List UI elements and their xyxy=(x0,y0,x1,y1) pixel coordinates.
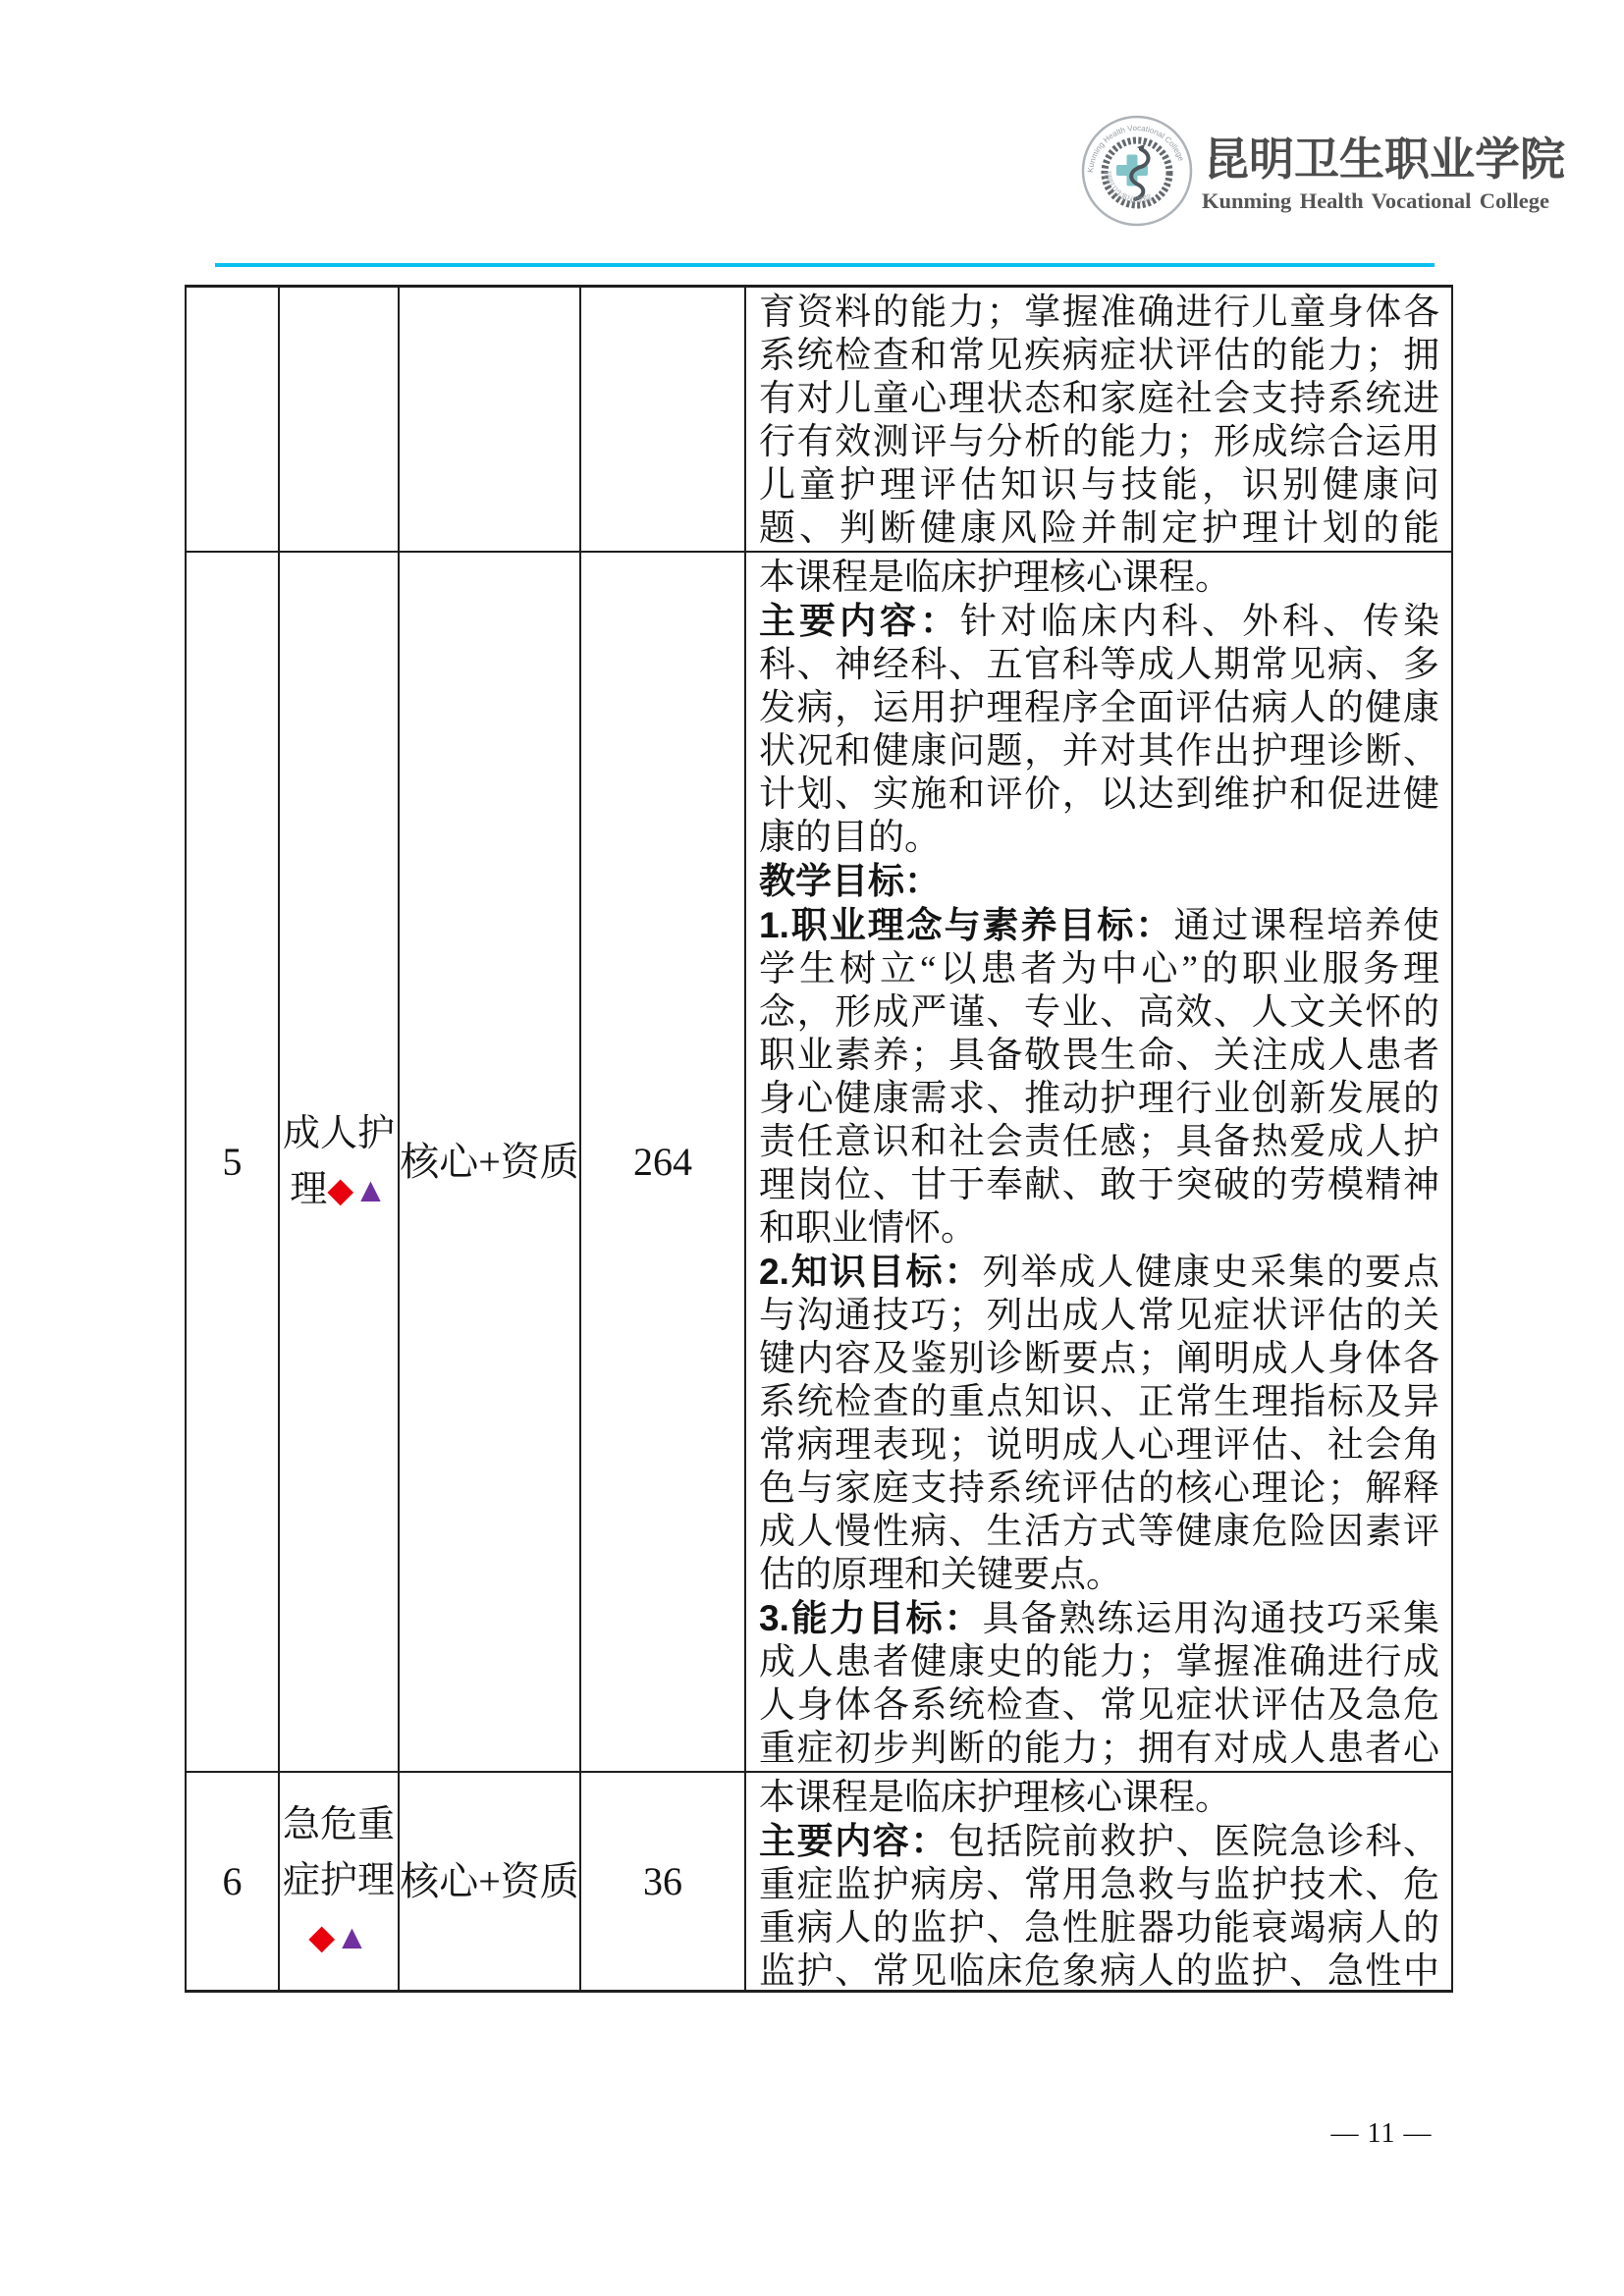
cell-num-row2: 6 xyxy=(187,1773,280,1990)
paragraph: 3.能力目标：具备熟练运用沟通技巧采集成人患者健康史的能力；掌握准确进行成人身体… xyxy=(759,1597,1439,1773)
cell-num-row0 xyxy=(187,288,280,553)
red-diamond-marker: ◆ xyxy=(308,1918,335,1956)
paragraph-text: 本课程是临床护理核心课程。 xyxy=(759,1778,1231,1818)
section-label: 1.职业理念与素养目标： xyxy=(759,905,1173,945)
cell-hours-row0 xyxy=(581,288,746,553)
paragraph-text: 本课程是临床护理核心课程。 xyxy=(759,558,1231,598)
cell-type-row1: 核心+资质 xyxy=(400,553,581,1773)
paragraph: 育资料的能力；掌握准确进行儿童身体各系统检查和常见疾病症状评估的能力；拥有对儿童… xyxy=(759,292,1439,553)
course-description-table: 育资料的能力；掌握准确进行儿童身体各系统检查和常见疾病症状评估的能力；拥有对儿童… xyxy=(185,285,1453,1993)
section-label: 3.能力目标： xyxy=(759,1598,983,1638)
section-label: 2.知识目标： xyxy=(759,1252,983,1292)
college-name-zh: 昆明卫生职业学院 xyxy=(1204,124,1549,185)
course-name-text: 急危重症护理 xyxy=(283,1804,395,1901)
paragraph: 1.职业理念与素养目标：通过课程培养使学生树立“以患者为中心”的职业服务理念，形… xyxy=(759,904,1439,1251)
cell-course-row0 xyxy=(280,288,400,553)
purple-triangle-marker: ▲ xyxy=(335,1918,369,1956)
paragraph: 教学目标： xyxy=(759,860,1439,904)
purple-triangle-marker: ▲ xyxy=(353,1171,388,1209)
cell-desc-row1: 本课程是临床护理核心课程。 主要内容：针对临床内科、外科、传染科、神经科、五官科… xyxy=(746,553,1451,1773)
paragraph: 2.知识目标：列举成人健康史采集的要点与沟通技巧；列出成人常见症状评估的关键内容… xyxy=(759,1251,1439,1597)
paragraph: 本课程是临床护理核心课程。 xyxy=(759,557,1439,600)
cell-desc-row2: 本课程是临床护理核心课程。 主要内容：包括院前救护、医院急诊科、重症监护病房、常… xyxy=(746,1773,1451,1990)
cell-hours-row1: 264 xyxy=(581,553,746,1773)
paragraph: 本课程是临床护理核心课程。 xyxy=(759,1777,1439,1820)
section-label: 教学目标： xyxy=(759,861,941,901)
section-label: 主要内容： xyxy=(759,1821,948,1861)
cell-hours-row2: 36 xyxy=(581,1773,746,1990)
cell-course-row1: 成人护理◆▲ xyxy=(280,553,400,1773)
cell-desc-row0: 育资料的能力；掌握准确进行儿童身体各系统检查和常见疾病症状评估的能力；拥有对儿童… xyxy=(746,288,1451,553)
paragraph: 主要内容：针对临床内科、外科、传染科、神经科、五官科等成人期常见病、多发病，运用… xyxy=(759,600,1439,860)
paragraph-text: 育资料的能力；掌握准确进行儿童身体各系统检查和常见疾病症状评估的能力；拥有对儿童… xyxy=(759,293,1439,553)
course-name: 成人护理◆▲ xyxy=(281,1106,397,1218)
paragraph: 主要内容：包括院前救护、医院急诊科、重症监护病房、常用急救与监护技术、危重病人的… xyxy=(759,1820,1439,1990)
cell-num-row1: 5 xyxy=(187,553,280,1773)
paragraph-text: 通过课程培养使学生树立“以患者为中心”的职业服务理念，形成严谨、专业、高效、人文… xyxy=(759,906,1439,1249)
college-seal-icon: Kunming Health Vocational College 昆明卫生职业… xyxy=(1080,114,1194,228)
course-name: 急危重症护理◆▲ xyxy=(281,1797,397,1965)
red-diamond-marker: ◆ xyxy=(327,1171,353,1209)
page-number: — 11 — xyxy=(1327,2118,1435,2150)
cell-type-row0 xyxy=(400,288,581,553)
header-divider-rule xyxy=(215,263,1435,267)
cell-type-row2: 核心+资质 xyxy=(400,1773,581,1990)
college-name-en: Kunming Health Vocational College xyxy=(1202,188,1549,214)
cell-course-row2: 急危重症护理◆▲ xyxy=(280,1773,400,1990)
paragraph-text: 列举成人健康史采集的要点与沟通技巧；列出成人常见症状评估的关键内容及鉴别诊断要点… xyxy=(759,1253,1439,1595)
section-label: 主要内容： xyxy=(759,601,960,641)
